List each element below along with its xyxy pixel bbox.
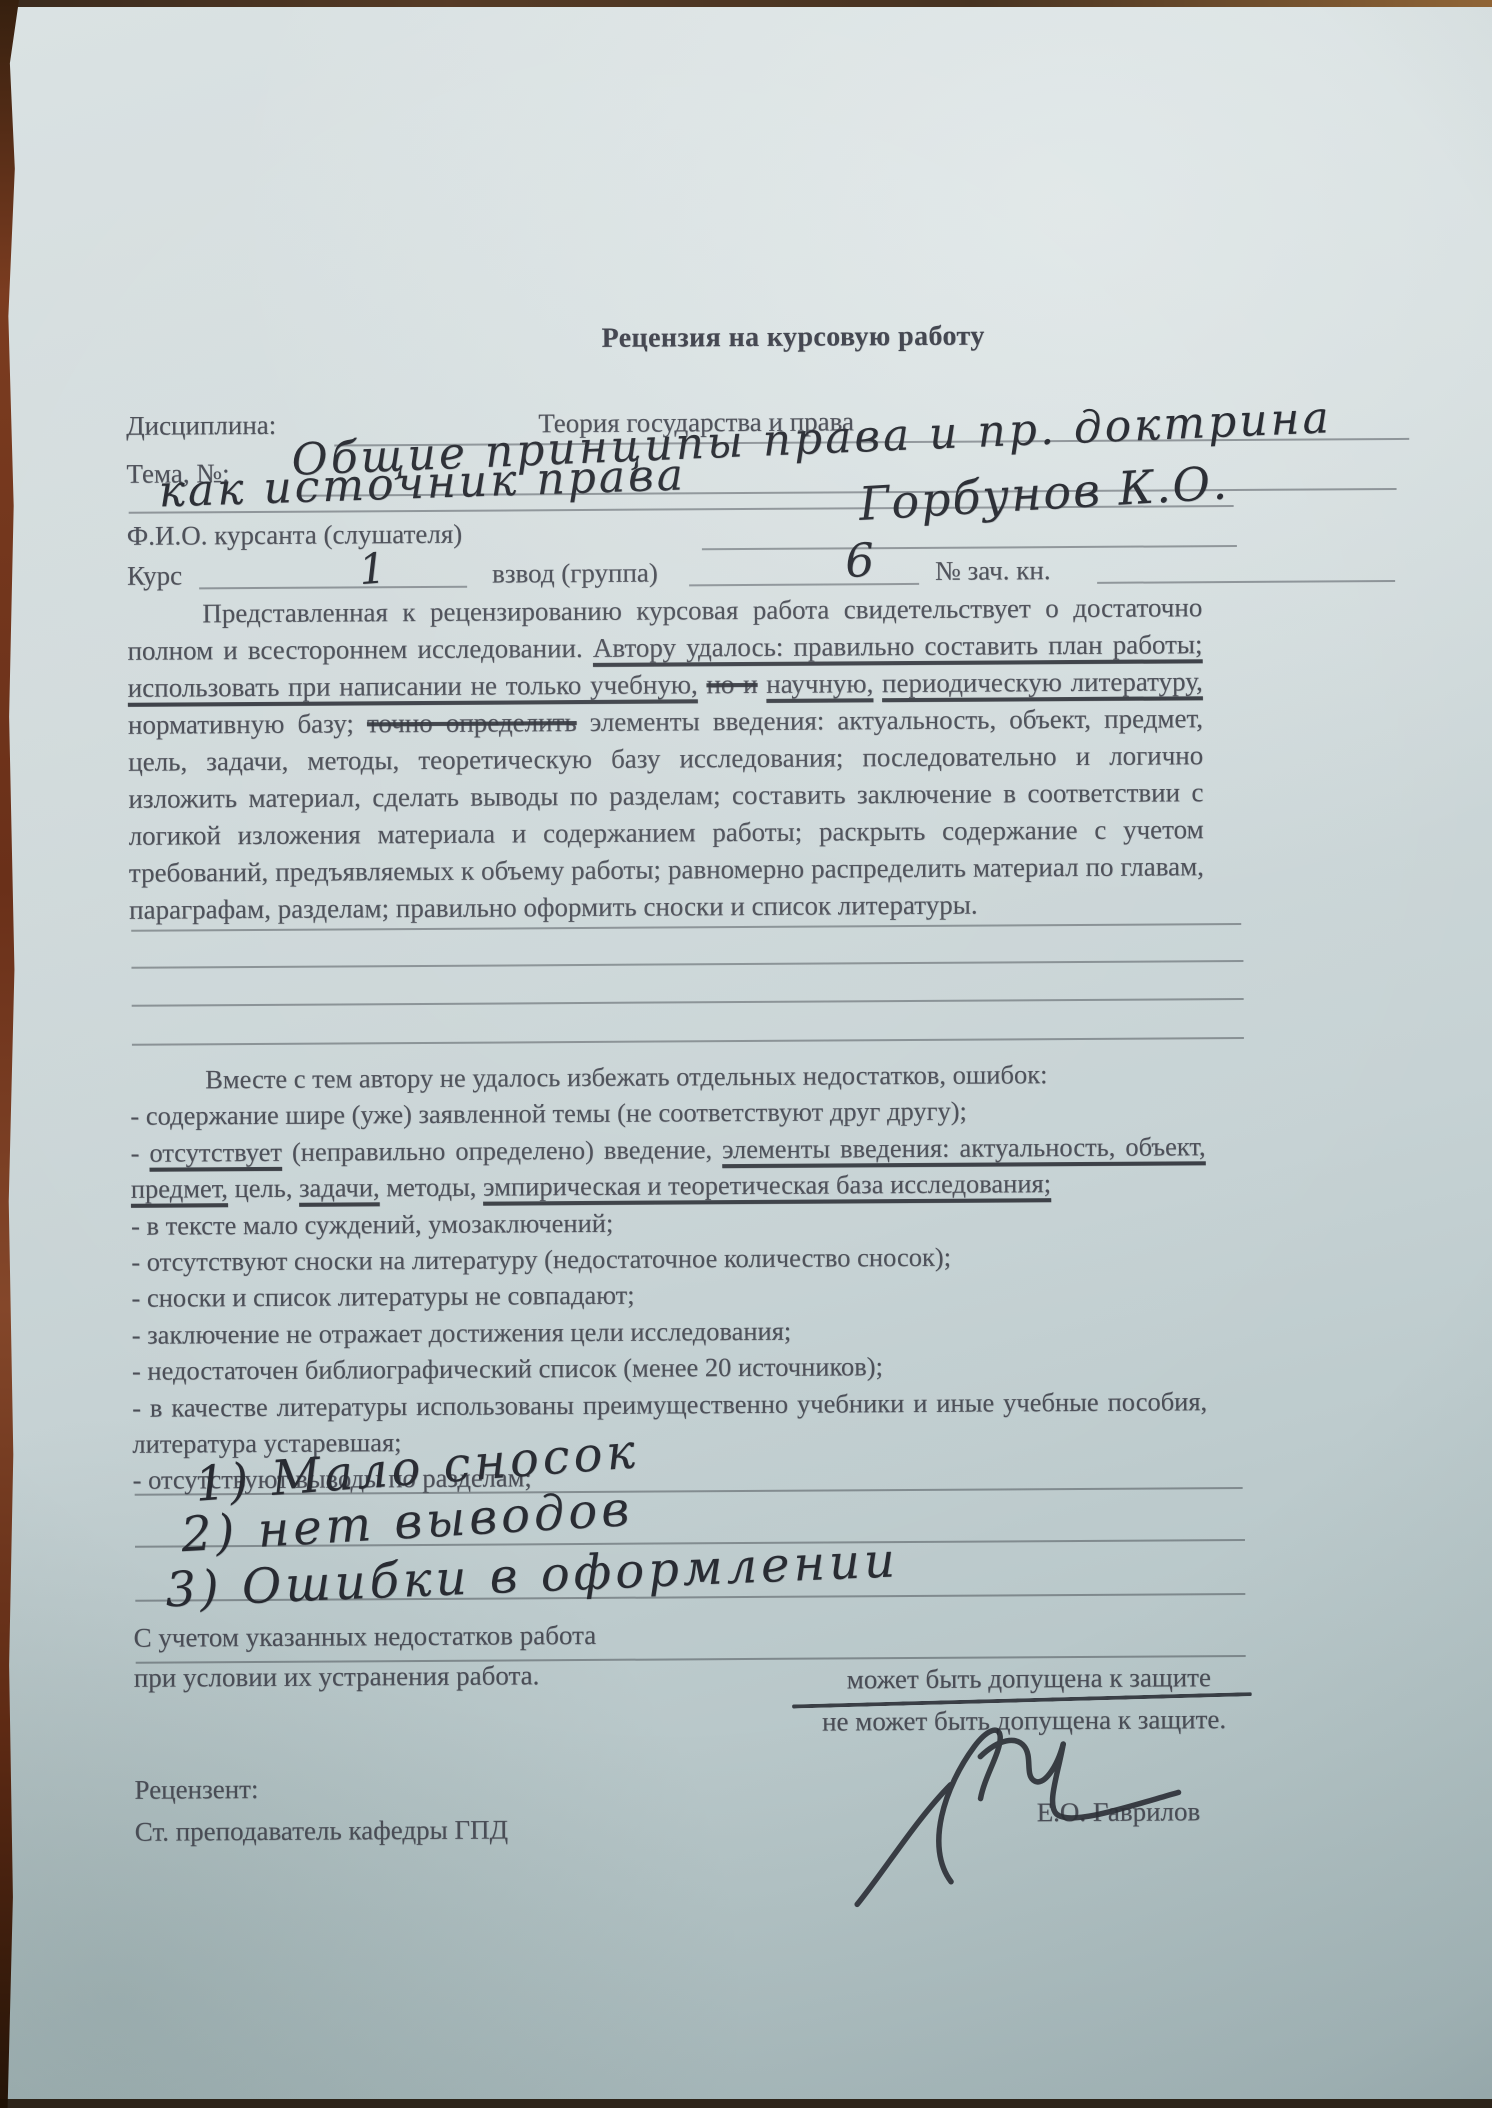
merit-segment-pen-struck: точно определить <box>367 707 577 738</box>
gradebook-underline <box>1097 580 1395 584</box>
defects-intro: Вместе с тем автору не удалось избежать … <box>130 1055 1205 1098</box>
defect-segment-pen-underlined: эмпирическая и теоретическая база исслед… <box>483 1168 1051 1201</box>
photo-edge-top <box>0 0 1492 7</box>
merit-segment: нормативную базу; <box>128 708 367 739</box>
merit-segment-pen-struck: но и <box>706 669 757 699</box>
blank-ruled-line <box>132 1037 1244 1046</box>
defect-segment: (неправильно определено) введение, <box>282 1134 722 1167</box>
topic-handwritten-line2: как источник права <box>158 449 687 517</box>
reviewer-label: Рецензент: <box>134 1771 258 1809</box>
student-name-underline <box>702 545 1237 550</box>
conclusion-line-1: С учетом указанных недостатков работа <box>133 1617 596 1657</box>
defect-segment: методы, <box>379 1172 483 1203</box>
defect-item-with-pen-marks: - отсутствует (неправильно определено) в… <box>130 1128 1205 1207</box>
defect-segment: - <box>130 1137 149 1167</box>
platoon-label: взвод (группа) <box>492 555 658 593</box>
scanned-review-form-page: Рецензия на курсовую работу Дисциплина: … <box>0 0 1492 2108</box>
blank-ruled-line <box>132 998 1244 1007</box>
platoon-value-handwritten: 6 <box>843 532 875 588</box>
reviewer-position: Ст. преподаватель кафедры ГПД <box>135 1811 508 1850</box>
document-content: Рецензия на курсовую работу Дисциплина: … <box>0 0 1492 2108</box>
defect-segment-pen-underlined: задачи, <box>299 1172 380 1202</box>
merit-segment <box>698 669 707 699</box>
blank-ruled-line <box>131 960 1243 969</box>
discipline-label: Дисциплина: <box>126 407 276 445</box>
conclusion-line-2: при условии их устранения работа. <box>134 1657 540 1696</box>
merit-segment-pen-underlined: Автору удалось: правильно составить план… <box>593 629 1203 663</box>
merit-segment-pen-underlined: использовать при написании не только уче… <box>128 669 698 702</box>
merits-paragraph: Представленная к рецензированию курсовая… <box>127 589 1204 929</box>
course-underline <box>199 586 467 590</box>
page-title: Рецензия на курсовую работу <box>126 318 1331 357</box>
photo-edge-bottom <box>0 2099 1492 2108</box>
student-name-label: Ф.И.О. курсанта (слушателя) <box>127 516 463 555</box>
platoon-underline <box>689 583 919 586</box>
defect-segment-pen-underlined: отсутствует <box>149 1137 282 1168</box>
merit-segment-pen-underlined: периодическую литературу, <box>882 666 1203 698</box>
merit-segment <box>757 669 766 699</box>
defects-section: Вместе с тем автору не удалось избежать … <box>130 1055 1208 1498</box>
defect-segment: цель, <box>228 1173 299 1203</box>
merit-segment-pen-underlined: научную, <box>766 668 873 699</box>
course-label: Курс <box>127 557 182 594</box>
gradebook-label: № зач. кн. <box>935 552 1051 590</box>
student-name-handwritten: Горбунов К.О. <box>857 455 1230 531</box>
reviewer-signature <box>794 1695 1215 1928</box>
course-value-handwritten: 1 <box>357 543 387 594</box>
